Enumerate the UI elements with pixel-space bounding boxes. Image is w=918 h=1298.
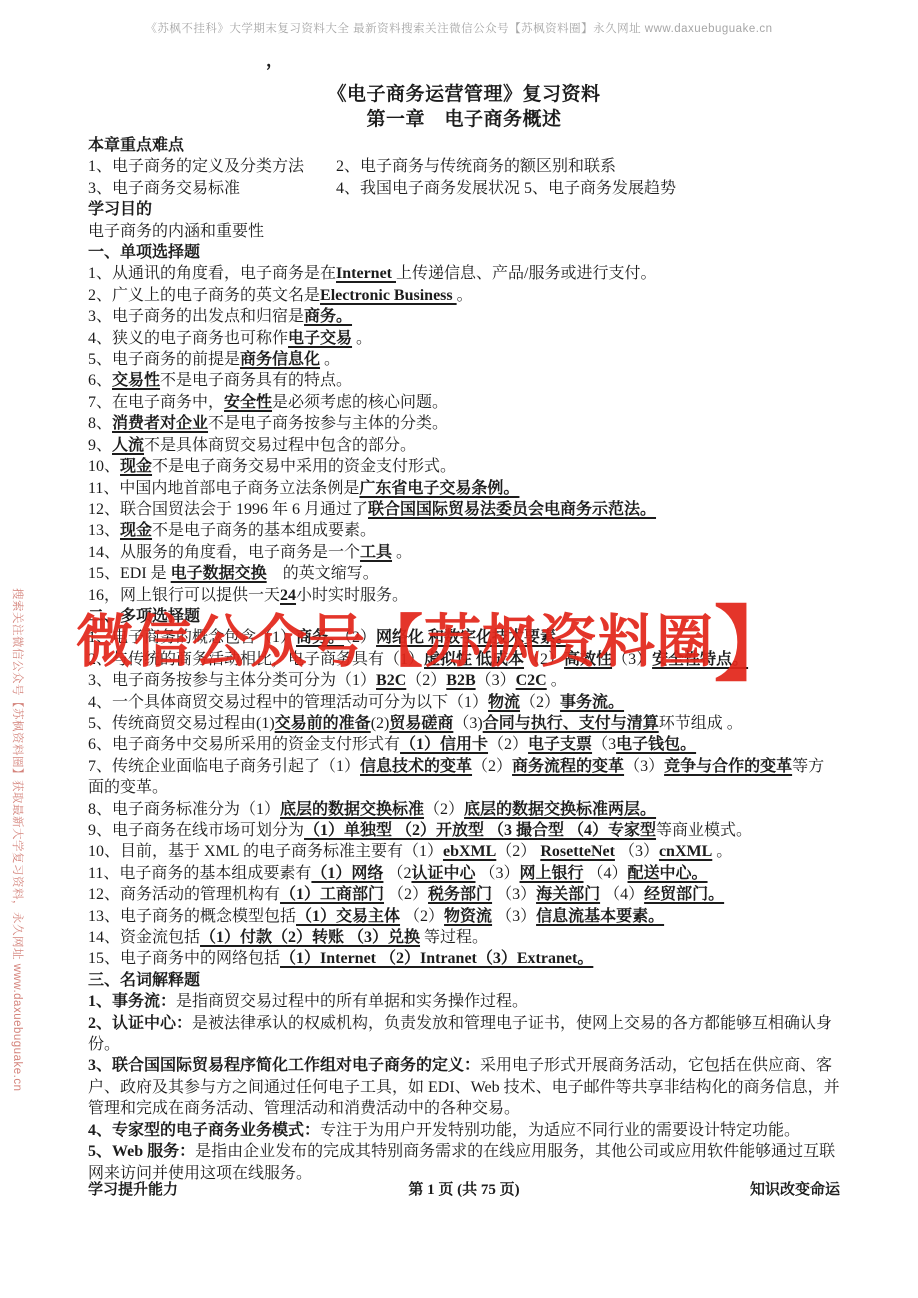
text-line: 14、资金流包括（1）付款（2）转账 （3）兑换 等过程。 <box>88 927 840 948</box>
text-line: 15、电子商务中的网络包括（1）Internet （2）Intranet（3）E… <box>88 948 840 969</box>
text-segment: （3） <box>492 908 536 925</box>
answer-text: 4、专家型的电子商务业务模式： <box>88 1122 320 1139</box>
text-segment: （3） <box>475 865 519 882</box>
answer-text: cnXML <box>659 843 712 860</box>
text-segment: 1、电子商务的定义及分类方法 2、电子商务与传统商务的额区别和联系 <box>88 158 616 175</box>
text-segment: 。 <box>320 351 340 368</box>
answer-text: Internet <box>336 265 396 282</box>
text-segment: 5、传统商贸交易过程由(1) <box>88 715 275 732</box>
text-line: 3、电子商务的出发点和归宿是商务。 <box>88 306 840 327</box>
text-segment: （3） <box>615 843 659 860</box>
text-line: 2、认证中心：是被法律承认的权威机构，负责发放和管理电子证书，使网上交易的各方都… <box>88 1013 840 1056</box>
text-segment: 11、中国内地首部电子商务立法条例是 <box>88 480 359 497</box>
text-segment: 8、电子商务标准分为（1） <box>88 801 280 818</box>
text-segment: 1、从通讯的角度看，电子商务是在 <box>88 265 336 282</box>
text-segment: 。 <box>392 544 412 561</box>
answer-text: 认证中心 <box>411 865 475 882</box>
text-line: 10、现金不是电子商务交易中采用的资金支付形式。 <box>88 456 840 477</box>
text-line: 9、电子商务在线市场可划分为（1）单独型 （2）开放型 （3 撮合型 （4）专家… <box>88 820 840 841</box>
left-vertical-watermark: 搜索关注微信公众号【苏枫资料圈】获取最新大学复习资料，永久网址 www.daxu… <box>10 588 26 1091</box>
answer-text: 经贸部门。 <box>644 886 724 903</box>
text-line: 6、交易性不是电子商务具有的特点。 <box>88 370 840 391</box>
answer-text: （1）信用卡 <box>400 736 488 753</box>
text-segment: 8、 <box>88 415 112 432</box>
answer-text: 交易前的准备 <box>275 715 371 732</box>
text-segment: 电子商务的内涵和重要性 <box>88 223 264 240</box>
answer-text: （1）网络 <box>311 865 383 882</box>
text-segment: 13、电子商务的概念模型包括 <box>88 908 296 925</box>
answer-text: 联合国国际贸易法委员会电商务示范法。 <box>368 501 656 518</box>
answer-text: RosetteNet <box>540 843 615 860</box>
red-watermark-text: 微信公众号【苏枫资料圈 <box>76 610 714 674</box>
text-line: 1、事务流：是指商贸交易过程中的所有单据和实务操作过程。 <box>88 991 840 1012</box>
text-segment: 5、电子商务的前提是 <box>88 351 240 368</box>
text-segment: （2） <box>472 758 512 775</box>
text-line: 4、一个具体商贸交易过程中的管理活动可分为以下（1）物流（2）事务流。 <box>88 692 840 713</box>
text-segment: 三、名词解释题 <box>88 972 200 989</box>
text-segment: （3) <box>453 715 482 732</box>
text-segment: 11、电子商务的基本组成要素有 <box>88 865 311 882</box>
answer-text: （1）付款（2）转账 （3）兑换 <box>200 929 420 946</box>
text-segment: 9、电子商务在线市场可划分为 <box>88 822 304 839</box>
answer-text: 5、Web 服务： <box>88 1143 195 1160</box>
text-segment: 等过程。 <box>420 929 488 946</box>
text-segment: 12、联合国贸法会于 1996 年 6 月通过了 <box>88 501 368 518</box>
answer-text: 安全性 <box>224 394 272 411</box>
text-line: 4、专家型的电子商务业务模式：专注于为用户开发特别功能，为适应不同行业的需要设计… <box>88 1120 840 1141</box>
text-segment: 14、资金流包括 <box>88 929 200 946</box>
text-segment: （3） <box>624 758 664 775</box>
answer-text: 配送中心。 <box>628 865 708 882</box>
text-segment: 小时实时服务。 <box>296 587 408 604</box>
text-segment: 15、EDI 是 <box>88 565 171 582</box>
answer-text: 消费者对企业 <box>112 415 208 432</box>
text-segment: 13、 <box>88 522 120 539</box>
answer-text: 交易性 <box>112 372 160 389</box>
text-line: 5、电子商务的前提是商务信息化 。 <box>88 349 840 370</box>
answer-text: 物资流 <box>444 908 492 925</box>
text-segment: 10、目前，基于 XML 的电子商务标准主要有（1） <box>88 843 443 860</box>
text-line: 12、商务活动的管理机构有（1）工商部门 （2）税务部门 （3）海关部门 （4）… <box>88 884 840 905</box>
answer-text: 电子交易 <box>288 330 352 347</box>
text-segment: 4、一个具体商贸交易过程中的管理活动可分为以下（1） <box>88 694 488 711</box>
text-segment: （4） <box>584 865 628 882</box>
text-segment: 10、 <box>88 458 120 475</box>
text-line: 4、狭义的电子商务也可称作电子交易 。 <box>88 328 840 349</box>
answer-text: Electronic Business <box>320 287 457 304</box>
text-segment: 15、电子商务中的网络包括 <box>88 950 280 967</box>
text-line: 14、从服务的角度看，电子商务是一个工具 。 <box>88 542 840 563</box>
answer-text: 3、联合国国际贸易程序简化工作组对电子商务的定义： <box>88 1057 480 1074</box>
answer-text: 现金 <box>120 458 152 475</box>
text-line: 10、目前，基于 XML 的电子商务标准主要有（1）ebXML（2） Roset… <box>88 841 840 862</box>
text-line: 7、在电子商务中，安全性是必须考虑的核心问题。 <box>88 392 840 413</box>
text-segment: 7、在电子商务中， <box>88 394 224 411</box>
text-segment: 14、从服务的角度看，电子商务是一个 <box>88 544 360 561</box>
footer-right-text: 知识改变命运 <box>750 1178 840 1199</box>
answer-text: 贸易磋商 <box>389 715 453 732</box>
text-segment: 环节组成 。 <box>659 715 743 732</box>
answer-text: 商务信息化 <box>240 351 320 368</box>
text-segment: （2） <box>496 843 540 860</box>
answer-text: （1）交易主体 <box>296 908 400 925</box>
text-segment: （2） <box>424 801 464 818</box>
text-segment: 是指商贸交易过程中的所有单据和实务操作过程。 <box>176 993 528 1010</box>
answer-text: 商务流程的变革 <box>512 758 624 775</box>
text-line: 13、现金不是电子商务的基本组成要素。 <box>88 520 840 541</box>
answer-text: 1、事务流： <box>88 993 176 1010</box>
answer-text: 电子支票 <box>528 736 592 753</box>
text-segment: （2） <box>384 886 428 903</box>
section-heading: 三、名词解释题 <box>88 970 840 991</box>
text-line: 6、电子商务中交易所采用的资金支付形式有（1）信用卡（2）电子支票（3电子钱包。 <box>88 734 840 755</box>
text-segment: 的英文缩写。 <box>267 565 379 582</box>
text-segment: 不是具体商贸交易过程中包含的部分。 <box>144 437 416 454</box>
text-segment: （3 <box>592 736 616 753</box>
answer-text: 电子钱包。 <box>616 736 696 753</box>
answer-text: 广东省电子交易条例。 <box>359 480 519 497</box>
text-segment: 9、 <box>88 437 112 454</box>
text-line: 12、联合国贸法会于 1996 年 6 月通过了联合国国际贸易法委员会电商务示范… <box>88 499 840 520</box>
answer-text: 底层的数据交换标准 <box>280 801 424 818</box>
text-line: 2、广义上的电子商务的英文名是Electronic Business 。 <box>88 285 840 306</box>
section-heading: 学习目的 <box>88 199 840 220</box>
text-segment: 16，网上银行可以提供一天 <box>88 587 280 604</box>
answer-text: 工具 <box>360 544 392 561</box>
text-segment: 。 <box>457 287 473 304</box>
text-segment: 7、传统企业面临电子商务引起了（1） <box>88 758 360 775</box>
answer-text: 底层的数据交换标准两层。 <box>464 801 656 818</box>
text-line: 1、电子商务的定义及分类方法 2、电子商务与传统商务的额区别和联系 <box>88 156 840 177</box>
text-line: 13、电子商务的概念模型包括（1）交易主体 （2）物资流 （3）信息流基本要素。 <box>88 906 840 927</box>
text-segment: 4、狭义的电子商务也可称作 <box>88 330 288 347</box>
text-segment: 不是电子商务交易中采用的资金支付形式。 <box>152 458 456 475</box>
text-segment: （4） <box>600 886 644 903</box>
footer-left-text: 学习提升能力 <box>88 1178 178 1199</box>
answer-text: 竞争与合作的变革 <box>664 758 792 775</box>
red-watermark-bracket: 】 <box>714 600 797 691</box>
text-segment: 不是电子商务按参与主体的分类。 <box>208 415 448 432</box>
section-heading: 一、单项选择题 <box>88 242 840 263</box>
text-segment: 不是电子商务的基本组成要素。 <box>152 522 376 539</box>
answer-text: 人流 <box>112 437 144 454</box>
text-segment: 本章重点难点 <box>88 137 184 154</box>
text-line: 1、从通讯的角度看，电子商务是在Internet 上传递信息、产品/服务或进行支… <box>88 263 840 284</box>
text-segment: （3） <box>492 886 536 903</box>
text-segment: 是被法律承认的权威机构，负责发放和管理电子证书，使网上交易的各方都能够互相确认身… <box>88 1015 832 1053</box>
red-watermark: 微信公众号【苏枫资料圈】 <box>76 608 797 676</box>
answer-text: 信息技术的变革 <box>360 758 472 775</box>
text-segment: 是必须考虑的核心问题。 <box>272 394 448 411</box>
document-page: 《苏枫不挂科》大学期末复习资料大全 最新资料搜索关注微信公众号【苏枫资料圈】永久… <box>0 0 918 1298</box>
text-segment: 3、电子商务的出发点和归宿是 <box>88 308 304 325</box>
answer-text: 电子数据交换 <box>171 565 267 582</box>
text-segment: 2、广义上的电子商务的英文名是 <box>88 287 320 304</box>
text-line: 电子商务的内涵和重要性 <box>88 221 840 242</box>
answer-text: 信息流基本要素。 <box>536 908 664 925</box>
text-line: 8、消费者对企业不是电子商务按参与主体的分类。 <box>88 413 840 434</box>
text-segment: 学习目的 <box>88 201 152 218</box>
text-line: 7、传统企业面临电子商务引起了（1）信息技术的变革（2）商务流程的变革（3）竞争… <box>88 756 840 799</box>
text-segment: 等商业模式。 <box>656 822 752 839</box>
text-segment: （2） <box>520 694 560 711</box>
page-footer: 学习提升能力 第 1 页 (共 75 页) 知识改变命运 <box>88 1178 840 1199</box>
text-line: 11、中国内地首部电子商务立法条例是广东省电子交易条例。 <box>88 478 840 499</box>
text-segment: 6、 <box>88 372 112 389</box>
answer-text: 商务。 <box>304 308 352 325</box>
answer-text: 海关部门 <box>536 886 600 903</box>
text-line: 11、电子商务的基本组成要素有（1）网络 （2认证中心 （3）网上银行 （4）配… <box>88 863 840 884</box>
answer-text: （1）工商部门 <box>280 886 384 903</box>
chapter-title: 第一章 电子商务概述 <box>88 107 840 132</box>
answer-text: 网上银行 <box>519 865 583 882</box>
answer-text: （1）单独型 （2）开放型 （3 撮合型 （4）专家型 <box>304 822 656 839</box>
answer-text: 合同与执行、支付与清算 <box>483 715 659 732</box>
text-segment: 不是电子商务具有的特点。 <box>160 372 352 389</box>
answer-text: 事务流。 <box>560 694 624 711</box>
text-segment: 12、商务活动的管理机构有 <box>88 886 280 903</box>
text-segment: （2） <box>488 736 528 753</box>
text-line: 3、电子商务交易标准 4、我国电子商务发展状况 5、电子商务发展趋势 <box>88 178 840 199</box>
text-line: 3、联合国国际贸易程序简化工作组对电子商务的定义：采用电子形式开展商务活动，它包… <box>88 1055 840 1119</box>
top-header-note: 《苏枫不挂科》大学期末复习资料大全 最新资料搜索关注微信公众号【苏枫资料圈】永久… <box>0 20 918 36</box>
text-segment: 。 <box>712 843 732 860</box>
stray-comma-mark: ， <box>266 46 283 71</box>
text-segment: 。 <box>352 330 372 347</box>
text-segment: 上传递信息、产品/服务或进行支付。 <box>396 265 656 282</box>
text-segment: 一、单项选择题 <box>88 244 200 261</box>
text-line: 5、传统商贸交易过程由(1)交易前的准备(2)贸易磋商（3)合同与执行、支付与清… <box>88 713 840 734</box>
answer-text: 现金 <box>120 522 152 539</box>
text-segment: (2) <box>371 715 390 732</box>
text-segment: （2） <box>400 908 444 925</box>
footer-page-number: 第 1 页 (共 75 页) <box>408 1178 519 1199</box>
answer-text: ebXML <box>443 843 496 860</box>
text-segment: 是指由企业发布的完成其特别商务需求的在线应用服务，其他公司或应用软件能够通过互联… <box>88 1143 835 1181</box>
answer-text: 2、认证中心： <box>88 1015 192 1032</box>
text-line: 15、EDI 是 电子数据交换 的英文缩写。 <box>88 563 840 584</box>
text-segment: 3、电子商务交易标准 4、我国电子商务发展状况 5、电子商务发展趋势 <box>88 180 676 197</box>
answer-text: 24 <box>280 587 296 604</box>
document-title: 《电子商务运营管理》复习资料 <box>88 82 840 107</box>
text-segment: 专注于为用户开发特别功能，为适应不同行业的需要设计特定功能。 <box>320 1122 800 1139</box>
text-line: 8、电子商务标准分为（1）底层的数据交换标准（2）底层的数据交换标准两层。 <box>88 799 840 820</box>
text-segment: （2 <box>383 865 411 882</box>
text-line: 9、人流不是具体商贸交易过程中包含的部分。 <box>88 435 840 456</box>
answer-text: 物流 <box>488 694 520 711</box>
section-heading: 本章重点难点 <box>88 135 840 156</box>
answer-text: （1）Internet （2）Intranet（3）Extranet。 <box>280 950 593 967</box>
text-segment: 6、电子商务中交易所采用的资金支付形式有 <box>88 736 400 753</box>
answer-text: 税务部门 <box>428 886 492 903</box>
